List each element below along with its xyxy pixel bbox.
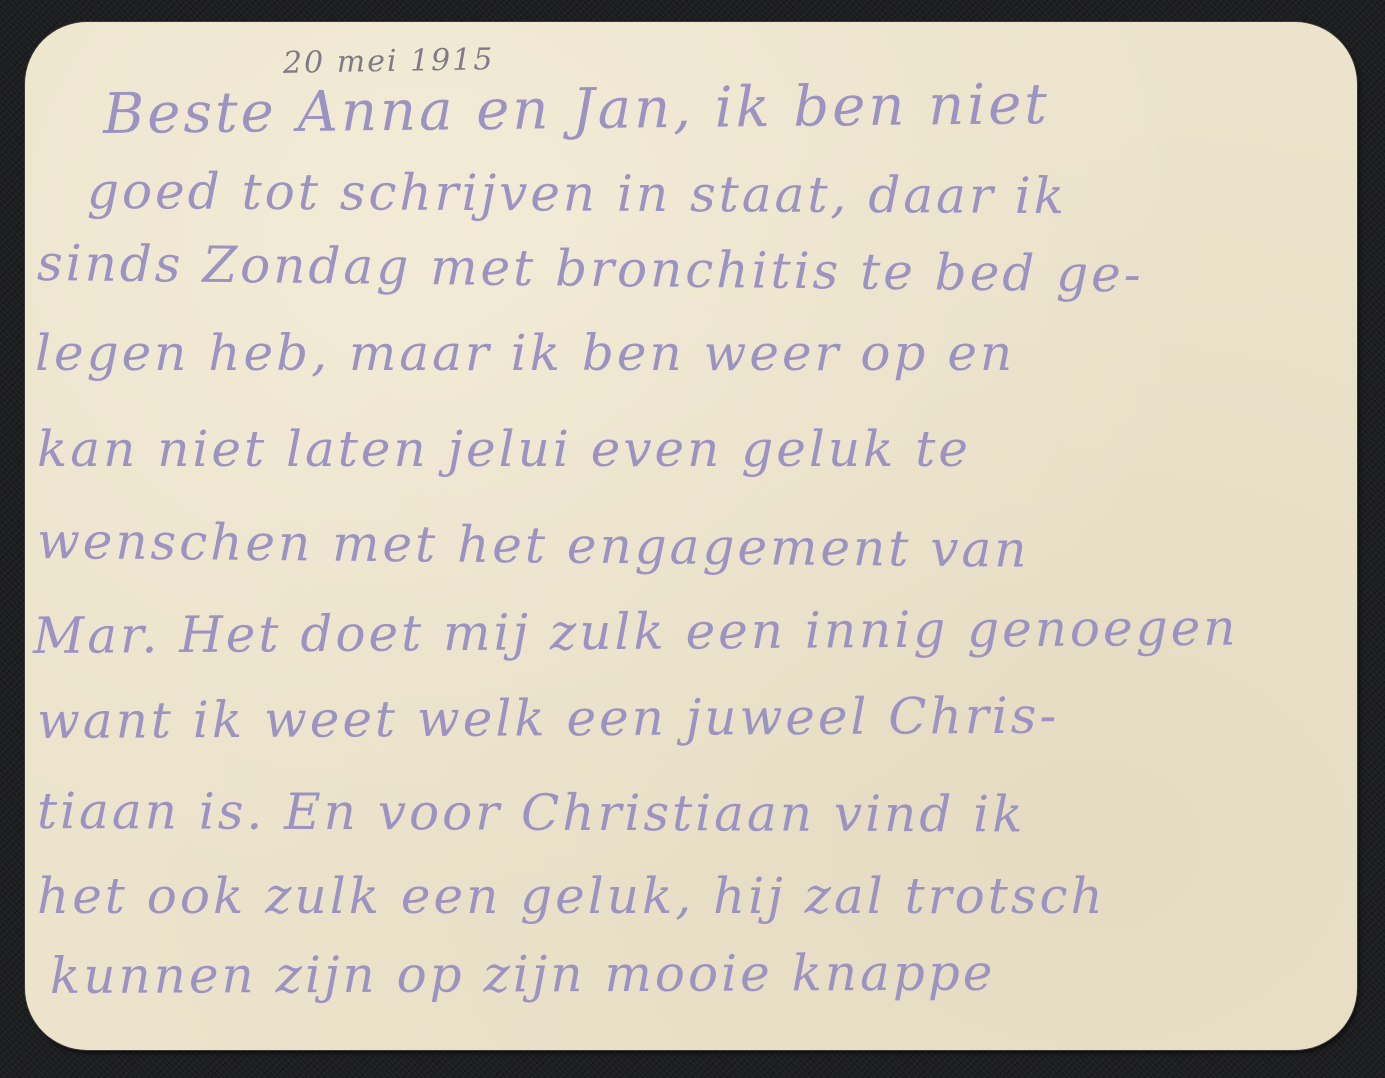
text-line-2: goed tot schrijven in staat, daar ik	[87, 162, 1067, 225]
text-line-4: legen heb, maar ik ben weer op en	[35, 324, 1015, 382]
text-line-5: kan niet laten jelui even geluk te	[37, 420, 971, 478]
text-line-8: want ik weet welk een juweel Chris-	[37, 687, 1060, 750]
handwritten-text-body: Beste Anna en Jan, ik ben niet goed tot …	[25, 22, 1357, 1050]
text-line-7: Mar. Het doet mij zulk een innig genoege…	[33, 599, 1239, 665]
text-line-9: tiaan is. En voor Christiaan vind ik	[37, 782, 1026, 843]
text-line-10: het ook zulk een geluk, hij zal trotsch	[37, 867, 1106, 925]
letter-card: 20 mei 1915 Beste Anna en Jan, ik ben ni…	[25, 22, 1357, 1050]
text-line-1: Beste Anna en Jan, ik ben niet	[103, 72, 1051, 147]
text-line-6: wenschen met het engagement van	[37, 512, 1030, 579]
text-line-11: kunnen zijn op zijn mooie knappe	[50, 944, 996, 1005]
text-line-3: sinds Zondag met bronchitis te bed ge-	[37, 234, 1144, 304]
